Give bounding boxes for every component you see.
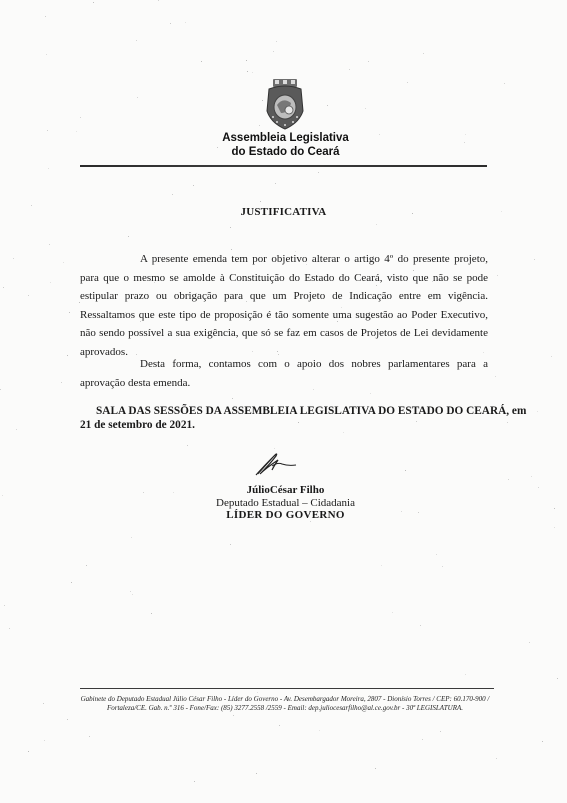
signature-icon: [252, 448, 307, 478]
institution-line1: Assembleia Legislativa: [0, 131, 567, 145]
signer-position: LÍDER DO GOVERNO: [0, 509, 567, 522]
office-footer: Gabinete do Deputado Estadual Júlio Césa…: [70, 695, 500, 713]
justification-paragraph-1: A presente emenda tem por objetivo alter…: [80, 250, 488, 361]
justification-paragraph-2: Desta forma, contamos com o apoio dos no…: [80, 355, 488, 392]
footer-line2: Fortaleza/CE. Gab. n.º 316 - Fone/Fax: (…: [70, 704, 500, 713]
institution-name: Assembleia Legislativa do Estado do Cear…: [0, 131, 567, 159]
closing-date: 21 de setembro de 2021.: [80, 419, 195, 431]
footer-line1: Gabinete do Deputado Estadual Júlio Césa…: [70, 695, 500, 704]
institution-line2: do Estado do Ceará: [0, 145, 567, 159]
document-title: JUSTIFICATIVA: [0, 206, 567, 218]
header-divider: [80, 165, 487, 167]
signer-name: JúlioCésar Filho: [0, 484, 567, 497]
paragraph-1-text: A presente emenda tem por objetivo alter…: [80, 253, 488, 358]
closing-statement: SALA DAS SESSÕES DA ASSEMBLEIA LEGISLATI…: [80, 404, 500, 432]
closing-line-1: SALA DAS SESSÕES DA ASSEMBLEIA LEGISLATI…: [80, 404, 500, 418]
signer-block: JúlioCésar Filho Deputado Estadual – Cid…: [0, 484, 567, 522]
footer-divider: [80, 688, 494, 689]
signer-role: Deputado Estadual – Cidadania: [0, 497, 567, 510]
paragraph-2-text: Desta forma, contamos com o apoio dos no…: [80, 358, 488, 389]
ceara-coat-of-arms-icon: [259, 77, 311, 131]
